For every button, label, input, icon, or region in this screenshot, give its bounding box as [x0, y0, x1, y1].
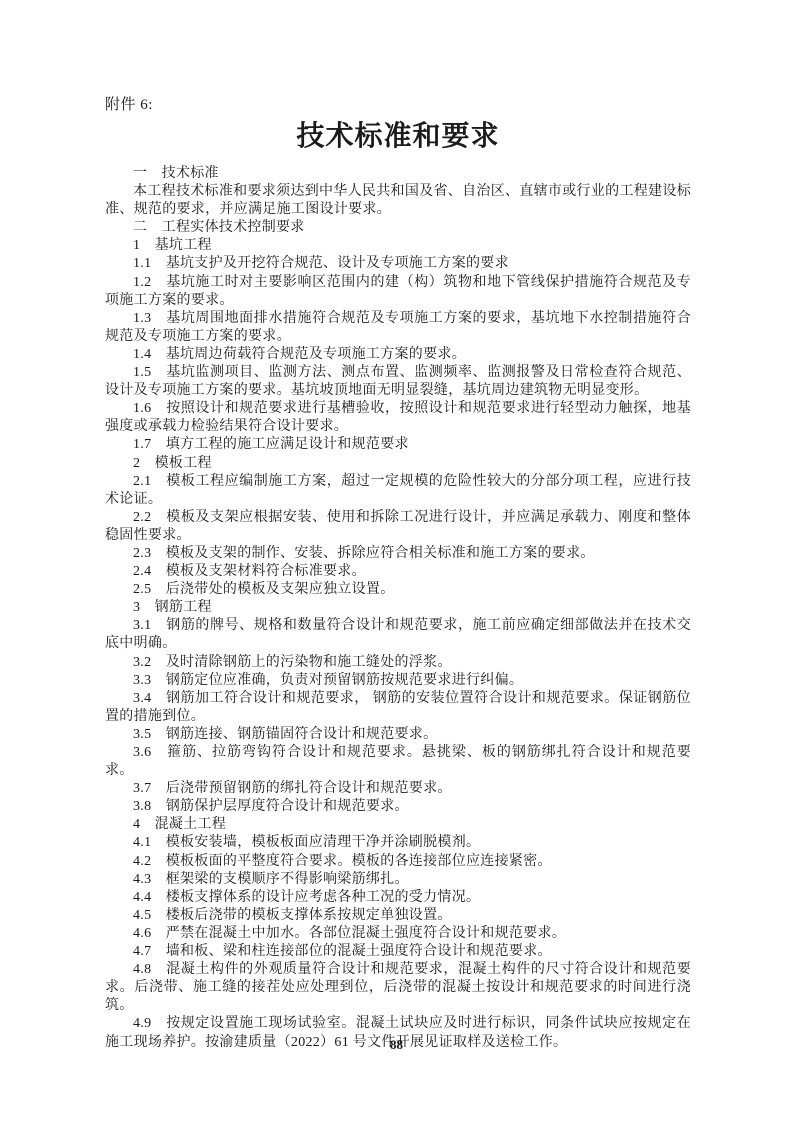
paragraph: 2.4 模板及支架材料符合标准要求。: [105, 563, 691, 581]
paragraph: 1.6 按照设计和规范要求进行基槽验收，按照设计和规范要求进行轻型动力触探，地基…: [105, 400, 691, 436]
page-number: 88: [390, 1037, 403, 1052]
paragraph: 4.4 楼板支撑体系的设计应考虑各种工况的受力情况。: [105, 889, 691, 907]
paragraph: 4.8 混凝土构件的外观质量符合设计和规范要求，混凝土构件的尺寸符合设计和规范要…: [105, 961, 691, 1015]
paragraph-section-2: 2 模板工程: [105, 455, 691, 473]
paragraph: 4.7 墙和板、梁和柱连接部位的混凝土强度符合设计和规范要求。: [105, 943, 691, 961]
paragraph: 2.5 后浇带处的模板及支架应独立设置。: [105, 581, 691, 599]
paragraph: 3.4 钢筋加工符合设计和规范要求， 钢筋的安装位置符合设计和规范要求。保证钢筋…: [105, 690, 691, 726]
paragraph: 4.5 楼板后浇带的模板支撑体系按规定单独设置。: [105, 907, 691, 925]
paragraph: 4.1 模板安装墙，模板板面应清理干净并涂刷脱模剂。: [105, 834, 691, 852]
paragraph: 3.6 箍筋、拉筋弯钩符合设计和规范要求。悬挑梁、板的钢筋绑扎符合设计和规范要求…: [105, 744, 691, 780]
paragraph: 1.7 填方工程的施工应满足设计和规范要求: [105, 436, 691, 454]
document-content: 附件 6: 技术标准和要求 一 技术标准 本工程技术标准和要求须达到中华人民共和…: [105, 96, 691, 1052]
paragraph: 3.8 钢筋保护层厚度符合设计和规范要求。: [105, 798, 691, 816]
paragraph: 3.5 钢筋连接、钢筋锚固符合设计和规范要求。: [105, 726, 691, 744]
paragraph-section-4: 4 混凝土工程: [105, 816, 691, 834]
document-title: 技术标准和要求: [105, 119, 691, 153]
paragraph: 本工程技术标准和要求须达到中华人民共和国及省、自治区、直辖市或行业的工程建设标准…: [105, 183, 691, 219]
attachment-label: 附件 6:: [105, 96, 691, 115]
paragraph-section-1: 1 基坑工程: [105, 237, 691, 255]
paragraph: 3.1 钢筋的牌号、规格和数量符合设计和规范要求，施工前应确定细部做法并在技术交…: [105, 617, 691, 653]
paragraph-heading-2: 二 工程实体技术控制要求: [105, 219, 691, 237]
paragraph: 2.1 模板工程应编制施工方案，超过一定规模的危险性较大的分部分项工程，应进行技…: [105, 473, 691, 509]
paragraph: 4.6 严禁在混凝土中加水。各部位混凝土强度符合设计和规范要求。: [105, 925, 691, 943]
paragraph: 2.3 模板及支架的制作、安装、拆除应符合相关标准和施工方案的要求。: [105, 545, 691, 563]
paragraph: 3.2 及时清除钢筋上的污染物和施工缝处的浮浆。: [105, 654, 691, 672]
paragraph: 3.7 后浇带预留钢筋的绑扎符合设计和规范要求。: [105, 780, 691, 798]
paragraph: 1.2 基坑施工时对主要影响区范围内的建（构）筑物和地下管线保护措施符合规范及专…: [105, 274, 691, 310]
paragraph: 3.3 钢筋定位应准确，负责对预留钢筋按规范要求进行纠偏。: [105, 672, 691, 690]
paragraph-heading-1: 一 技术标准: [105, 165, 691, 183]
paragraph: 4.3 框架梁的支模顺序不得影响梁筋绑扎。: [105, 871, 691, 889]
document-body: 一 技术标准 本工程技术标准和要求须达到中华人民共和国及省、自治区、直辖市或行业…: [105, 165, 691, 1052]
document-page: 附件 6: 技术标准和要求 一 技术标准 本工程技术标准和要求须达到中华人民共和…: [0, 0, 793, 1122]
paragraph: 1.3 基坑周围地面排水措施符合规范及专项施工方案的要求，基坑地下水控制措施符合…: [105, 310, 691, 346]
paragraph: 1.4 基坑周边荷载符合规范及专项施工方案的要求。: [105, 346, 691, 364]
paragraph: 4.2 模板板面的平整度符合要求。模板的各连接部位应连接紧密。: [105, 853, 691, 871]
page-footer: 88: [0, 1036, 793, 1054]
paragraph-section-3: 3 钢筋工程: [105, 599, 691, 617]
paragraph: 1.5 基坑监测项目、监测方法、测点布置、监测频率、监测报警及日常检查符合规范、…: [105, 364, 691, 400]
paragraph: 2.2 模板及支架应根据安装、使用和拆除工况进行设计，并应满足承载力、刚度和整体…: [105, 509, 691, 545]
paragraph: 1.1 基坑支护及开挖符合规范、设计及专项施工方案的要求: [105, 255, 691, 273]
